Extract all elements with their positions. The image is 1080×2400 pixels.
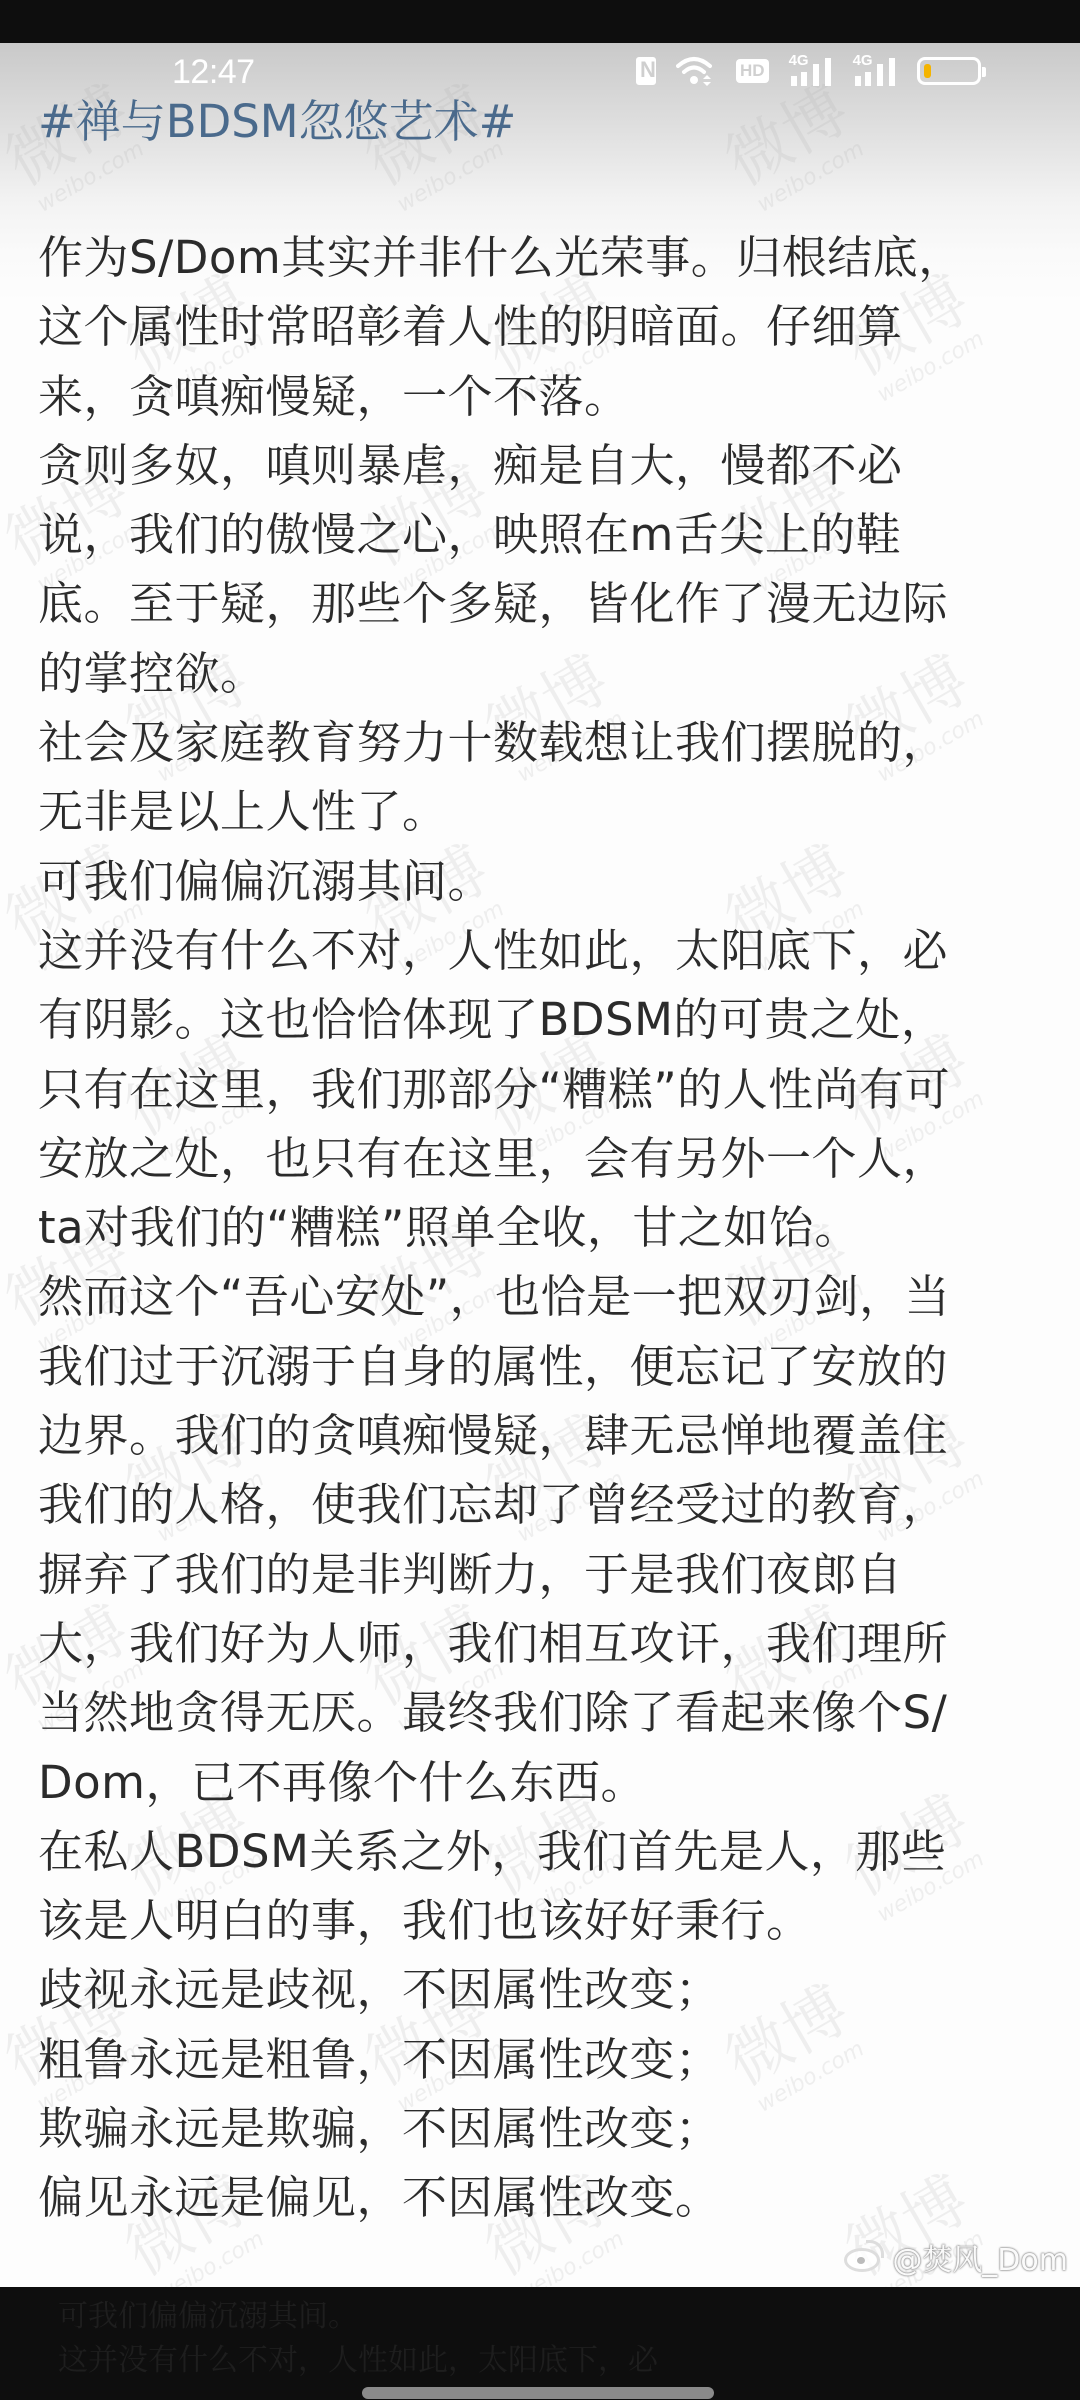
post-text-line: 当然地贪得无厌。最终我们除了看起来像个S/	[38, 1678, 1048, 1747]
post-text-line: 我们过于沉溺于自身的属性，便忘记了安放的	[38, 1332, 1048, 1401]
home-indicator-bar[interactable]	[362, 2387, 714, 2399]
post-text-line: 只有在这里，我们那部分“糟糕”的人性尚有可	[38, 1055, 1048, 1124]
post-text-line: 粗鲁永远是粗鲁，不因属性改变；	[38, 2025, 1048, 2094]
post-text-line: ta对我们的“糟糕”照单全收，甘之如饴。	[38, 1193, 1048, 1262]
status-icons: HD 4G 4G	[636, 55, 981, 87]
post-text-line: 安放之处，也只有在这里，会有另外一个人，	[38, 1124, 1048, 1193]
battery-low-icon	[917, 57, 981, 85]
post-text-line: 底。至于疑，那些个多疑，皆化作了漫无边际	[38, 569, 1048, 638]
post-text-line: 大，我们好为人师，我们相互攻讦，我们理所	[38, 1609, 1048, 1678]
post-text-line: 摒弃了我们的是非判断力，于是我们夜郎自	[38, 1540, 1048, 1609]
ghost-text-line: 可我们偏偏沉溺其间。	[58, 2291, 358, 2335]
post-text-line: 这并没有什么不对，人性如此，太阳底下，必	[38, 916, 1048, 985]
image-viewer-page[interactable]: 微博weibo.com微博weibo.com微博weibo.com微博weibo…	[0, 43, 1080, 2287]
post-text-line: 歧视永远是歧视，不因属性改变；	[38, 1955, 1048, 2024]
post-text-line: 的掌控欲。	[38, 639, 1048, 708]
bottom-overlay: 可我们偏偏沉溺其间。 这并没有什么不对，人性如此，太阳底下，必	[0, 2287, 1080, 2400]
nfc-icon	[636, 57, 656, 85]
post-text-line: 贪则多奴，嗔则暴虐，痴是自大，慢都不必	[38, 431, 1048, 500]
post-text-line: 这个属性时常昭彰着人性的阴暗面。仔细算	[38, 292, 1048, 361]
post-text-line: Dom，已不再像个什么东西。	[38, 1748, 1048, 1817]
post-text-line: 然而这个“吾心安处”，也恰是一把双刃剑，当	[38, 1262, 1048, 1331]
post-text-line: 欺骗永远是欺骗，不因属性改变；	[38, 2094, 1048, 2163]
post-text-line: 该是人明白的事，我们也该好好秉行。	[38, 1886, 1048, 1955]
weibo-logo-icon	[842, 2240, 886, 2274]
post-text-line: 社会及家庭教育努力十数载想让我们摆脱的，	[38, 708, 1048, 777]
battery-level	[924, 64, 931, 78]
post-text-line: 作为S/Dom其实并非什么光荣事。归根结底，	[38, 223, 1048, 292]
hd-volte-icon: HD	[736, 59, 769, 83]
signal-4g-sim2-icon: 4G	[853, 56, 897, 86]
weibo-watermark: 微博weibo.com	[716, 77, 872, 219]
post-text-line: 来，贪嗔痴慢疑，一个不落。	[38, 362, 1048, 431]
post-text-line: 偏见永远是偏见，不因属性改变。	[38, 2163, 1048, 2232]
post-text-line: 我们的人格，使我们忘却了曾经受过的教育，	[38, 1470, 1048, 1539]
wifi-icon	[676, 55, 716, 87]
ghost-text-line: 这并没有什么不对，人性如此，太阳底下，必	[58, 2335, 658, 2379]
post-hashtag[interactable]: #禅与BDSM忽悠艺术#	[38, 85, 516, 150]
post-text-line: 可我们偏偏沉溺其间。	[38, 847, 1048, 916]
post-text-line: 边界。我们的贪嗔痴慢疑，肆无忌惮地覆盖住	[38, 1401, 1048, 1470]
post-text-line: 有阴影。这也恰恰体现了BDSM的可贵之处，	[38, 985, 1048, 1054]
post-text-line: 说，我们的傲慢之心，映照在m舌尖上的鞋	[38, 500, 1048, 569]
author-credit: @焚风_Dom	[842, 2235, 1068, 2279]
signal-4g-sim1-icon: 4G	[789, 56, 833, 86]
post-text-line: 无非是以上人性了。	[38, 777, 1048, 846]
top-black-band	[0, 0, 1080, 43]
post-text-line: 在私人BDSM关系之外，我们首先是人，那些	[38, 1817, 1048, 1886]
post-body: 作为S/Dom其实并非什么光荣事。归根结底，这个属性时常昭彰着人性的阴暗面。仔细…	[38, 223, 1048, 2233]
author-handle: @焚风_Dom	[892, 2235, 1068, 2279]
